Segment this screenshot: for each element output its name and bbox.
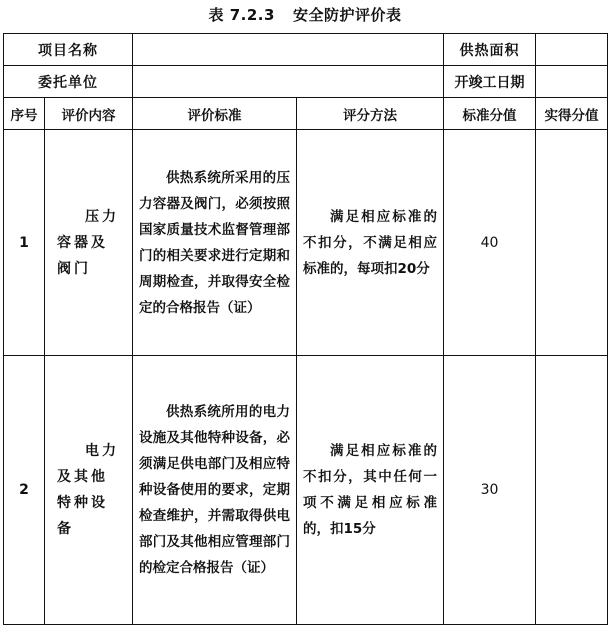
table-title: 表 7.2.3安全防护评价表 bbox=[0, 4, 610, 25]
heating-area-label: 供热面积 bbox=[444, 34, 536, 66]
col-header-no: 序号 bbox=[4, 98, 45, 130]
project-name-value[interactable] bbox=[133, 34, 444, 66]
project-name-row: 项目名称 供热面积 bbox=[4, 34, 608, 66]
standard-score: 40 bbox=[444, 130, 536, 356]
col-header-method: 评分方法 bbox=[297, 98, 444, 130]
actual-score[interactable] bbox=[536, 130, 608, 356]
evaluation-content: 电力及其他特种设备 bbox=[45, 356, 133, 625]
evaluation-standard: 供热系统所采用的压力容器及阀门，必须按照国家质量技术监督管理部门的相关要求进行定… bbox=[133, 130, 297, 356]
evaluation-standard: 供热系统所用的电力设施及其他特种设备，必须满足供电部门及相应特种设备使用的要求，… bbox=[133, 356, 297, 625]
table-title-text: 安全防护评价表 bbox=[293, 6, 402, 24]
column-header-row: 序号 评价内容 评价标准 评分方法 标准分值 实得分值 bbox=[4, 98, 608, 130]
col-header-content: 评价内容 bbox=[45, 98, 133, 130]
safety-evaluation-table: 项目名称 供热面积 委托单位 开竣工日期 序号 评价内容 评价标准 评分方法 标… bbox=[3, 33, 608, 625]
client-unit-label: 委托单位 bbox=[4, 66, 133, 98]
table-number: 表 7.2.3 bbox=[209, 6, 275, 24]
col-header-standard-score: 标准分值 bbox=[444, 98, 536, 130]
actual-score[interactable] bbox=[536, 356, 608, 625]
scoring-method: 满足相应标准的不扣分，不满足相应标准的，每项扣20分 bbox=[297, 130, 444, 356]
evaluation-content: 压力容器及阀门 bbox=[45, 130, 133, 356]
row-number: 2 bbox=[4, 356, 45, 625]
col-header-standard: 评价标准 bbox=[133, 98, 297, 130]
table-row: 2 电力及其他特种设备 供热系统所用的电力设施及其他特种设备，必须满足供电部门及… bbox=[4, 356, 608, 625]
table-row: 1 压力容器及阀门 供热系统所采用的压力容器及阀门，必须按照国家质量技术监督管理… bbox=[4, 130, 608, 356]
col-header-actual-score: 实得分值 bbox=[536, 98, 608, 130]
heating-area-value[interactable] bbox=[536, 34, 608, 66]
project-name-label: 项目名称 bbox=[4, 34, 133, 66]
client-row: 委托单位 开竣工日期 bbox=[4, 66, 608, 98]
scoring-method: 满足相应标准的不扣分，其中任何一项不满足相应标准的，扣15分 bbox=[297, 356, 444, 625]
row-number: 1 bbox=[4, 130, 45, 356]
construction-date-value[interactable] bbox=[536, 66, 608, 98]
standard-score: 30 bbox=[444, 356, 536, 625]
client-unit-value[interactable] bbox=[133, 66, 444, 98]
construction-date-label: 开竣工日期 bbox=[444, 66, 536, 98]
